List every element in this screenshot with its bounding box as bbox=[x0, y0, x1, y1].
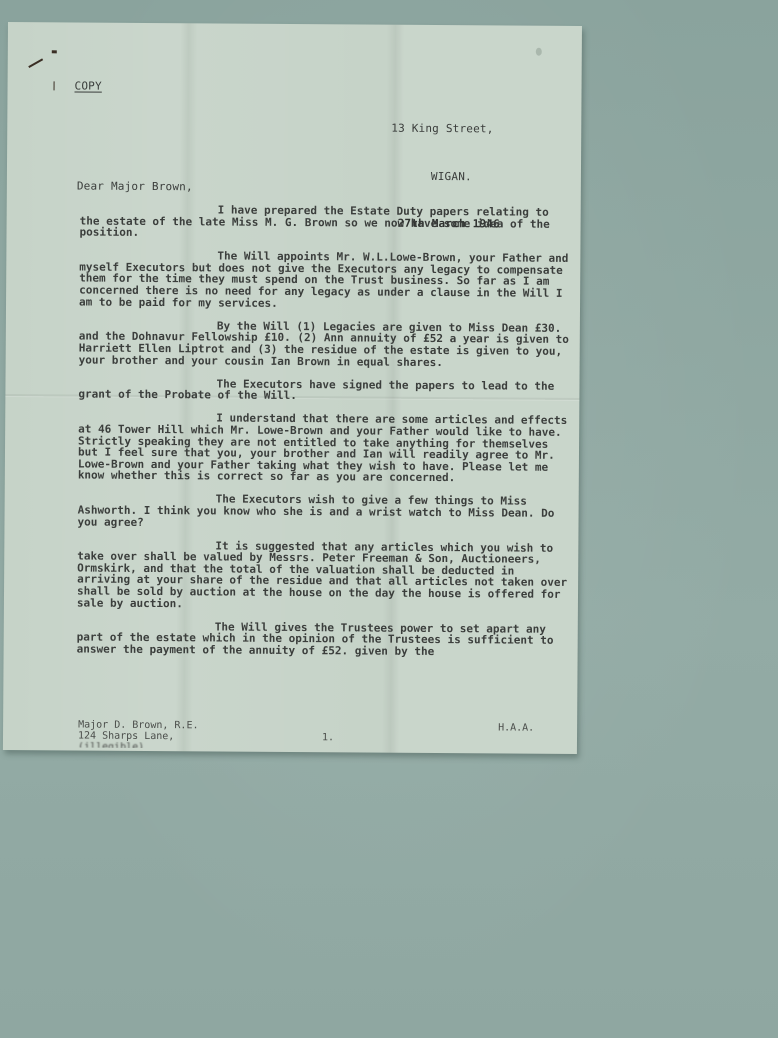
letter-footer: Major D. Brown, R.E. 124 Sharps Lane, (i… bbox=[78, 720, 568, 723]
address-city: WIGAN. bbox=[391, 170, 500, 183]
letter-body: I have prepared the Estate Duty papers r… bbox=[77, 204, 575, 670]
paragraph: The Executors have signed the papers to … bbox=[78, 377, 573, 404]
recipient-name: Major D. Brown, R.E. bbox=[78, 720, 198, 732]
paragraph: The Executors wish to give a few things … bbox=[77, 493, 572, 531]
recipient-address: Major D. Brown, R.E. 124 Sharps Lane, (i… bbox=[78, 720, 199, 749]
address-street: 13 King Street, bbox=[391, 123, 500, 136]
ink-mark bbox=[52, 50, 57, 53]
copy-label: COPY bbox=[75, 80, 102, 93]
ink-mark bbox=[28, 58, 43, 68]
paragraph: It is suggested that any articles which … bbox=[77, 539, 572, 612]
paragraph: I have prepared the Estate Duty papers r… bbox=[79, 204, 574, 242]
recipient-street: 124 Sharps Lane, bbox=[78, 731, 198, 743]
ink-mark bbox=[54, 81, 55, 90]
typist-initials: H.A.A. bbox=[498, 722, 534, 733]
recipient-town-illegible: (illegible) bbox=[78, 742, 198, 749]
page-number: 1. bbox=[322, 732, 334, 743]
paragraph: The Will gives the Trustees power to set… bbox=[77, 620, 572, 658]
punch-hole bbox=[536, 48, 542, 56]
paragraph: The Will appoints Mr. W.L.Lowe-Brown, yo… bbox=[79, 250, 574, 311]
salutation: Dear Major Brown, bbox=[77, 180, 193, 193]
paragraph: I understand that there are some article… bbox=[78, 412, 573, 485]
paragraph: By the Will (1) Legacies are given to Mi… bbox=[79, 319, 574, 369]
letter-page: COPY 13 King Street, WIGAN. 27th March 1… bbox=[3, 22, 582, 754]
